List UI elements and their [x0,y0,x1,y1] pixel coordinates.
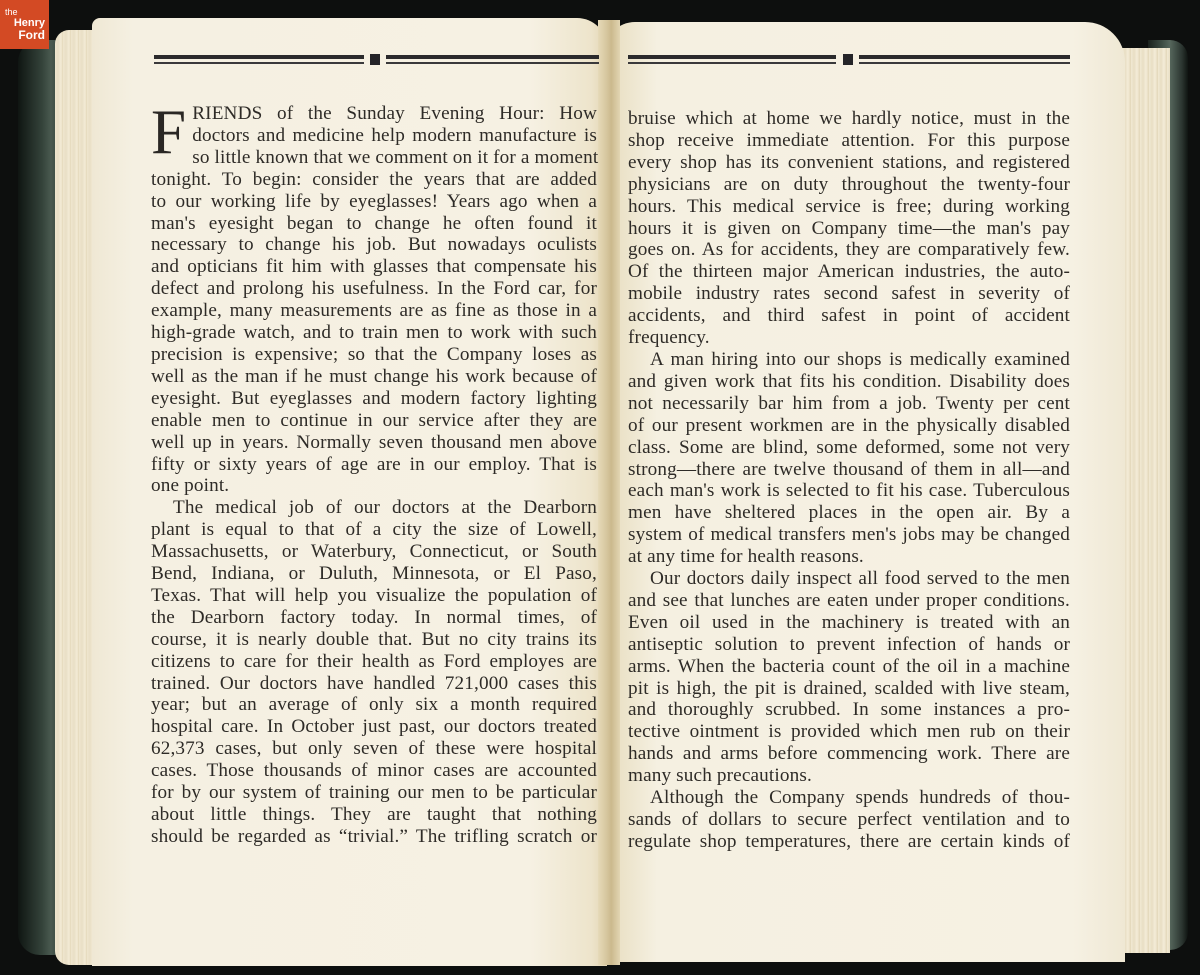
text-line: mobile industry rates second safest in s… [628,283,1070,305]
text-line: every shop has its convenient stations, … [628,152,1070,174]
text-line: high-grade watch, and to train men to wo… [151,322,597,344]
rule-segment-right [859,55,1070,65]
text-line: Although the Company spends hundreds of … [628,787,1070,809]
text-line: Even oil used in the machinery is treate… [628,612,1070,634]
rule-segment-left [154,55,364,65]
text-line: defect and prolong his usefulness. In th… [151,278,597,300]
text-line: so little known that we comment on it fo… [151,147,597,169]
rule-segment-right [386,55,599,65]
text-line: accidents, and third safest in point of … [628,305,1070,327]
text-line: to our working life by eyeglasses! Years… [151,191,597,213]
text-line: Our doctors daily inspect all food serve… [628,568,1070,590]
text-line: each man's work is selected to fit his c… [628,480,1070,502]
text-line: one point. [151,475,597,497]
text-line: class. Some are blind, some deformed, so… [628,437,1070,459]
text-line: the Dearborn factory today. In normal ti… [151,607,597,629]
text-line: and given work that fits his condition. … [628,371,1070,393]
text-line: A man hiring into our shops is medically… [628,349,1070,371]
text-line: goes on. As for accidents, they are comp… [628,239,1070,261]
text-line: doctors and medicine help modern manufac… [151,125,597,147]
page-stack-right [1122,48,1170,953]
text-line: should be regarded as “trivial.” The tri… [151,826,597,848]
text-line: course, it is nearly double that. But no… [151,629,597,651]
text-line: shop receive immediate attention. For th… [628,130,1070,152]
text-line: hospital care. In October just past, our… [151,716,597,738]
text-line: strong—there are twelve thousand of them… [628,459,1070,481]
text-line: Texas. That will help you visualize the … [151,585,597,607]
henry-ford-logo: the Henry Ford [0,0,49,49]
text-line: about little things. They are taught tha… [151,804,597,826]
text-line: year; but an average of only six a month… [151,694,597,716]
text-line: hours it is given on Company time—the ma… [628,218,1070,240]
ornament-square-icon [370,54,380,65]
text-line: tonight. To begin: consider the years th… [151,169,597,191]
text-line: example, many measurements are as fine a… [151,300,597,322]
text-line: antiseptic solution to prevent infection… [628,634,1070,656]
text-line: 62,373 cases, but only seven of these we… [151,738,597,760]
text-line: necessary to change his job. But nowaday… [151,234,597,256]
text-line: hands and arms before commencing work. T… [628,743,1070,765]
book-gutter [598,20,620,965]
rule-segment-left [628,55,836,65]
text-line: of our present workmen are in the physic… [628,415,1070,437]
text-line: tective ointment is provided which men r… [628,721,1070,743]
text-line: system of medical transfers men's jobs m… [628,524,1070,546]
text-line: not necessarily bar him from a job. Twen… [628,393,1070,415]
left-headpiece-rule [154,55,599,65]
text-line: men have sheltered places in the open ai… [628,502,1070,524]
text-line: citizens to care for their health as For… [151,651,597,673]
text-line: physicians are on duty throughout the tw… [628,174,1070,196]
text-line: eyesight. But eyeglasses and modern fact… [151,388,597,410]
logo-text-the: the [0,8,18,17]
text-line: RIENDS of the Sunday Evening Hour: How [151,103,597,125]
text-line: frequency. [628,327,1070,349]
ornament-square-icon [843,54,853,65]
book-spread-scan: F RIENDS of the Sunday Evening Hour: How… [0,0,1200,975]
text-line: bruise which at home we hardly notice, m… [628,108,1070,130]
text-line: well up in years. Normally seven thousan… [151,432,597,454]
text-line: trained. Our doctors have handled 721,00… [151,673,597,695]
text-line: Massachusetts, or Waterbury, Connecticut… [151,541,597,563]
text-line: hours. This medical service is free; dur… [628,196,1070,218]
text-line: regulate shop temperatures, there are ce… [628,831,1070,853]
text-line: Of the thirteen major American industrie… [628,261,1070,283]
right-page-text: bruise which at home we hardly notice, m… [628,108,1070,853]
text-line: well as the man if he must change his wo… [151,366,597,388]
drop-cap: F [151,107,186,157]
left-page-text: F RIENDS of the Sunday Evening Hour: How… [151,103,597,848]
text-line: enable men to continue in our service af… [151,410,597,432]
text-line: at any time for health reasons. [628,546,1070,568]
text-line: pit is high, the pit is drained, scalded… [628,678,1070,700]
text-line: and thoroughly scrubbed. In some instanc… [628,699,1070,721]
text-line: fifty or sixty years of age are in our e… [151,454,597,476]
text-line: and opticians fit him with glasses that … [151,256,597,278]
right-headpiece-rule [628,55,1070,65]
text-line: The medical job of our doctors at the De… [151,497,597,519]
text-line: many such precautions. [628,765,1070,787]
text-line: plant is equal to that of a city the siz… [151,519,597,541]
text-line: cases. Those thousands of minor cases ar… [151,760,597,782]
text-line: Bend, Indiana, or Duluth, Minnesota, or … [151,563,597,585]
logo-text-henry: Henry [14,17,45,29]
text-line: man's eyesight began to change he often … [151,213,597,235]
text-line: sands of dollars to secure perfect venti… [628,809,1070,831]
text-line: arms. When the bacteria count of the oil… [628,656,1070,678]
text-line: precision is expensive; so that the Comp… [151,344,597,366]
text-line: for by our system of training our men to… [151,782,597,804]
logo-text-ford: Ford [18,29,45,42]
text-line: and see that lunches are eaten under pro… [628,590,1070,612]
